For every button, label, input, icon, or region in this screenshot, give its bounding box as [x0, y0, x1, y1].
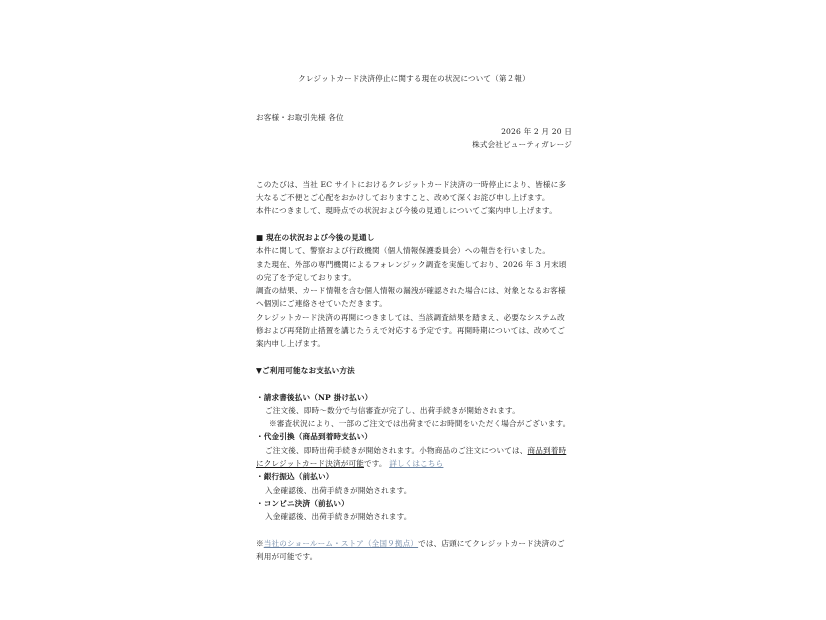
- footer-prefix: ※: [256, 539, 264, 548]
- status-paragraph: 本件に関して、警察および行政機関（個人情報保護委員会）への報告を行いました。: [256, 244, 572, 257]
- document-title: クレジットカード決済停止に関する現在の状況について（第２報）: [256, 72, 572, 85]
- payment-method-desc: 入金確認後、出荷手続きが開始されます。: [256, 510, 572, 523]
- payment-method-cod: ・代金引換（商品到着時支払い）: [256, 430, 572, 443]
- payment-method-desc: ご注文後、即時出荷手続きが開始されます。小物商品のご注文については、商品到着時に…: [256, 444, 572, 471]
- payment-method-convenience: ・コンビニ決済（前払い）: [256, 497, 572, 510]
- status-paragraph: また現在、外部の専門機関によるフォレンジック調査を実施しており、2026 年 3…: [256, 258, 572, 285]
- payment-method-desc: ご注文後、即時～数分で与信審査が完了し、出荷手続きが開始されます。: [256, 404, 572, 417]
- spacer: [256, 151, 572, 164]
- company-name: 株式会社ビューティガレージ: [256, 138, 572, 151]
- spacer: [256, 218, 572, 231]
- footer-note: ※当社のショールーム・ストア（全国９拠点）では、店頭にてクレジットカード決済のご…: [256, 537, 572, 564]
- payment-method-bank: ・銀行振込（前払い）: [256, 470, 572, 483]
- details-link[interactable]: 詳しくはこちら: [389, 459, 443, 468]
- payment-method-desc: 入金確認後、出荷手続きが開始されます。: [256, 484, 572, 497]
- section-heading-payment: ▼ご利用可能なお支払い方法: [256, 364, 572, 377]
- payment-method-note: ※審査状況により、一部のご注文では出荷までにお時間をいただく場合がございます。: [256, 417, 572, 430]
- cod-desc-suffix: です。: [364, 459, 387, 468]
- showroom-link[interactable]: 当社のショールーム・ストア（全国９拠点）: [264, 539, 418, 548]
- intro-paragraph: このたびは、当社 EC サイトにおけるクレジットカード決済の一時停止により、皆様…: [256, 178, 572, 205]
- cod-desc-prefix: ご注文後、即時出荷手続きが開始されます。小物商品のご注文については、: [265, 446, 528, 455]
- payment-method-np: ・請求書後払い（NP 掛け払い）: [256, 391, 572, 404]
- addressee: お客様・お取引先様 各位: [256, 111, 572, 124]
- issue-date: 2026 年 2 月 20 日: [256, 125, 572, 138]
- section-heading-status: ■ 現在の状況および今後の見通し: [256, 231, 572, 244]
- spacer: [256, 524, 572, 537]
- status-paragraph: 調査の結果、カード情報を含む個人情報の漏洩が確認された場合には、対象となるお客様…: [256, 284, 572, 311]
- spacer: [256, 164, 572, 177]
- spacer: [256, 351, 572, 364]
- spacer: [256, 377, 572, 390]
- intro-paragraph: 本件につきまして、現時点での状況および今後の見通しについてご案内申し上げます。: [256, 204, 572, 217]
- status-paragraph: クレジットカード決済の再開につきましては、当該調査結果を踏まえ、必要なシステム改…: [256, 311, 572, 351]
- notice-document: クレジットカード決済停止に関する現在の状況について（第２報） お客様・お取引先様…: [256, 72, 572, 563]
